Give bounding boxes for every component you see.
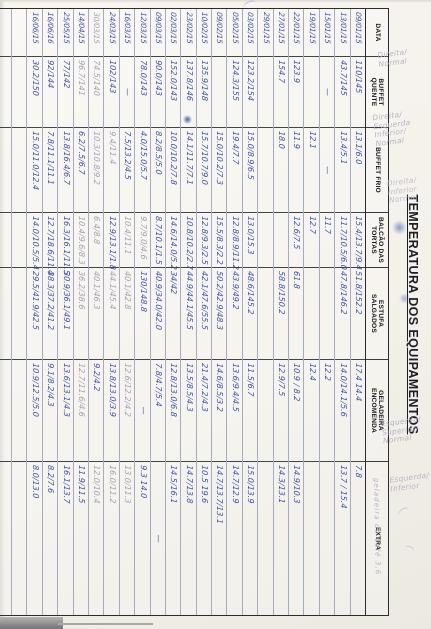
handwritten-value: 12.7	[305, 212, 319, 267]
value-cell: 7.5/13.2/4.5	[120, 127, 134, 212]
value-cell: 90.0/143	[151, 56, 165, 127]
date-cell: 15/01/15	[320, 9, 334, 56]
value-cell: —	[120, 56, 134, 127]
value-cell: 40.1/46.3	[89, 267, 103, 359]
handwritten-value: 152.0/143	[166, 56, 180, 127]
value-cell: 11.7/10.5/6.0	[335, 212, 349, 267]
handwritten-value: 16.3/16.1/11.5	[58, 212, 72, 267]
value-cell: 18.0	[274, 127, 288, 212]
handwritten-value: 27/01/15	[274, 8, 288, 56]
value-cell: 12.8/13.0/6.8	[166, 359, 180, 461]
handwritten-value: 13.4/5.1	[335, 127, 349, 212]
table-row: 25/05/1577/14213.8/16.4/6.716.3/16.1/11.…	[58, 9, 73, 615]
page-title: TEMPERATURA DOS EQUIPAMENTOS	[405, 0, 420, 629]
table-row: 02/03/15152.0/14310.0/10.2/7.814.6/14.0/…	[166, 9, 181, 615]
value-cell: 7.8/11.1/11.1	[43, 127, 57, 212]
handwritten-value: 6.2/7.5/6.7	[74, 127, 88, 212]
margin-note: Direita/Normal	[377, 48, 409, 69]
date-cell: 29/01/15	[258, 9, 272, 56]
handwritten-value: 12.7/11.6/4.6	[74, 359, 88, 461]
handwritten-value: 8.2/7.6	[43, 461, 57, 615]
handwritten-value: 29/01/15	[258, 8, 272, 56]
handwritten-value: 12.2	[320, 359, 334, 461]
value-cell: 130/148.8	[135, 267, 149, 359]
handwritten-value: 8.0/13.0	[28, 461, 42, 615]
handwritten-value: 92/144	[43, 56, 57, 127]
value-cell: 10.4/9.6/8.3	[74, 212, 88, 267]
value-cell: 16.1/13.7	[58, 461, 72, 615]
value-cell: —	[151, 461, 165, 615]
handwritten-value: 48.6/145.2	[243, 267, 257, 359]
value-cell: 135.9/148	[197, 56, 211, 127]
value-cell	[12, 359, 26, 461]
handwritten-value: 135.9/148	[197, 56, 211, 127]
value-cell: 74.5/140	[89, 56, 103, 127]
value-cell: 7.8	[351, 461, 365, 615]
handwritten-value: 16.1/13.7	[58, 461, 72, 615]
handwritten-value: 10.0/10.2/7.8	[166, 127, 180, 212]
value-cell: 9.1/8.2/4.3	[43, 359, 57, 461]
handwritten-value: 14.6/14.0/5.2	[166, 212, 180, 267]
handwritten-value: 16.0/11.2	[105, 461, 119, 615]
table-body: 09/01/15110/14513.1/6.015.4/13.7/9.451.8…	[0, 9, 365, 615]
value-cell	[274, 212, 288, 267]
handwritten-value: 13.6/9.4/4.5	[228, 359, 242, 461]
handwritten-value: 10/02/15	[197, 8, 211, 56]
handwritten-value: 15.5/8.3/2.2	[212, 212, 226, 267]
value-cell: 43.9/49.2	[227, 267, 241, 359]
value-cell: 16.0/11.2	[104, 461, 118, 615]
date-cell: 03/02/15	[243, 9, 257, 56]
ink-smudge	[183, 115, 192, 124]
value-cell: 6.4/8.8	[89, 212, 103, 267]
value-cell: 13.8/13.0/3.9	[104, 359, 118, 461]
table-row: 16/03/15—7.5/13.2/4.510.4/11.140.1/42.81…	[120, 9, 135, 615]
value-cell: 43.7/145	[335, 56, 349, 127]
value-cell: 4.0/15.0/5.7	[135, 127, 149, 212]
date-cell: 22/01/15	[289, 9, 303, 56]
date-cell: 25/05/15	[58, 9, 72, 56]
handwritten-value: 14.3/13.1	[274, 461, 288, 615]
value-cell: 47.8/146.2	[335, 267, 349, 359]
date-cell: 10/02/15	[197, 9, 211, 56]
table-row: 05/02/15124.3/15519.4/7.712.8/8.9/11.243…	[227, 9, 242, 615]
handwritten-value: 05/02/15	[228, 8, 242, 56]
value-cell	[12, 267, 26, 359]
handwritten-value: 11.7/10.5/6.0	[335, 212, 349, 267]
value-cell: 61.8	[289, 267, 303, 359]
handwritten-value: —	[120, 56, 134, 127]
value-cell: 13.7 / 15.4	[335, 461, 349, 615]
value-cell: 152.0/143	[166, 56, 180, 127]
value-cell: 12.6/7.5	[289, 212, 303, 267]
value-cell: —	[320, 127, 334, 212]
margin-note: Direita/InferiorNormal	[387, 176, 420, 205]
value-cell: 16.3/16.1/11.5	[58, 212, 72, 267]
table-row: 27/01/15154.718.058.8/150.212.9/7.514.3/…	[274, 9, 289, 615]
value-cell: 12.8/9.3/2.5	[197, 212, 211, 267]
value-cell: 10.8/10.2/2.7	[181, 212, 195, 267]
handwritten-value: 09/02/15	[212, 8, 226, 56]
handwritten-value: 16/06/16	[43, 8, 57, 56]
value-cell: 13.0/11.3	[120, 461, 134, 615]
table-row: 15/01/15——11.712.2	[320, 9, 335, 615]
date-cell: 14/04/15	[74, 9, 88, 56]
table-row: 10/02/15135.9/14815.7/10.7/9.012.8/9.3/2…	[197, 9, 212, 615]
scan-bottom-shadow-line	[58, 623, 153, 625]
value-cell	[320, 267, 334, 359]
value-cell: 10.4/11.1	[120, 212, 134, 267]
scanned-page: TEMPERATURA DOS EQUIPAMENTOS DATABUFFET …	[0, 0, 431, 629]
date-cell: 05/02/15	[227, 9, 241, 56]
value-cell: 78.0/143	[135, 56, 149, 127]
handwritten-value: 30/03/15	[89, 8, 103, 56]
value-cell: 13.4/5.1	[335, 127, 349, 212]
handwritten-value: 7.8/11.1/11.1	[43, 127, 57, 212]
handwritten-value: 12.1	[305, 127, 319, 212]
value-cell: 9.3 14.0	[135, 461, 149, 615]
handwritten-value: 09/01/15	[351, 8, 365, 56]
value-cell: 12.9/7.5	[274, 359, 288, 461]
value-cell: 12.2	[320, 359, 334, 461]
handwritten-value: —	[135, 359, 149, 461]
value-cell: 10.9 / 8.2	[289, 359, 303, 461]
value-cell	[304, 56, 318, 127]
date-cell: 09/03/15	[151, 9, 165, 56]
value-cell: 8.7/10.1/1.5	[151, 212, 165, 267]
value-cell	[0, 212, 11, 267]
table-row: 09/03/1590.0/1438.2/8.5/5.08.7/10.1/1.54…	[151, 9, 166, 615]
handwritten-value: 110/145	[351, 56, 365, 127]
handwritten-value: —	[320, 56, 334, 127]
value-cell: 14.3/13.1	[274, 461, 288, 615]
handwritten-value: 19/01/15	[305, 8, 319, 56]
handwritten-value: 40.1/46.3	[89, 267, 103, 359]
margin-note: Direita/EsquerdaInferior/Normal	[372, 110, 413, 149]
value-cell: 14.6/8.5/3.2	[212, 359, 226, 461]
value-cell: 12.9/13.1/1.8	[104, 212, 118, 267]
value-cell	[12, 127, 26, 212]
handwritten-value: 123.2/154	[243, 56, 257, 127]
handwritten-value: 10.4/11.1	[120, 212, 134, 267]
handwritten-value: 13/01/15	[335, 8, 349, 56]
handwritten-value: 10.3/10.8/9.2	[89, 127, 103, 212]
date-cell: 16/06/16	[43, 9, 57, 56]
value-cell: 10.3/10.8/9.2	[89, 127, 103, 212]
handwritten-value: 10.5 19.6	[197, 461, 211, 615]
value-cell	[258, 461, 272, 615]
temperature-table: DATABUFFET QUENTEBUFFET FRIOBALCÃO DAS T…	[0, 8, 389, 616]
table-row: 16/06/1530.2/15015.0/11.0/12.414.0/10.5/…	[27, 9, 42, 615]
handwritten-value: 12.6/7.5	[289, 212, 303, 267]
handwritten-value: 23/02/15	[182, 8, 196, 56]
value-cell: 14.0/10.5/5.4	[27, 212, 41, 267]
handwritten-value: 02/03/15	[166, 8, 180, 56]
value-cell: 14.7/13.7/13.1	[212, 461, 226, 615]
handwritten-value: 130/148.8	[135, 267, 149, 359]
value-cell: 123.9	[289, 56, 303, 127]
column-header: BALCÃO DAS TORTAS	[366, 212, 388, 267]
value-cell: 15.0/11.0/12.4	[27, 127, 41, 212]
table-row: 13/01/1543.7/14513.4/5.111.7/10.5/6.047.…	[335, 9, 350, 615]
value-cell	[0, 359, 11, 461]
value-cell	[258, 212, 272, 267]
value-cell: 38.3/37.2/41.2	[43, 267, 57, 359]
value-cell: —	[135, 359, 149, 461]
handwritten-value: 14/04/15	[74, 8, 88, 56]
handwritten-value: 30.9/36.1/49.1	[58, 267, 72, 359]
value-cell: 15.5/8.3/2.2	[212, 212, 226, 267]
value-cell	[320, 461, 334, 615]
value-cell: 15.0/10.2/7.3	[212, 127, 226, 212]
value-cell: 154.7	[274, 56, 288, 127]
handwritten-value: 17.4 14.4	[351, 359, 365, 461]
value-cell: 14.6/14.0/5.2	[166, 212, 180, 267]
value-cell	[304, 267, 318, 359]
handwritten-value: 14.7/13.7/13.1	[212, 461, 226, 615]
value-cell: 30.2/150	[27, 56, 41, 127]
value-cell: 9.7/9.0/4.6	[135, 212, 149, 267]
value-cell: 13.8/16.4/6.7	[58, 127, 72, 212]
table-row: 22/01/15123.911.912.6/7.561.810.9 / 8.21…	[289, 9, 304, 615]
handwritten-value: 15.0/13.9	[243, 461, 257, 615]
value-cell: 9.4/11.4	[104, 127, 118, 212]
value-cell: 12.7/11.6/4.6	[74, 359, 88, 461]
handwritten-value: 43.7/145	[335, 56, 349, 127]
handwritten-value: 12.8/9.3/2.5	[197, 212, 211, 267]
handwritten-value: 9.4/11.4	[105, 127, 119, 212]
handwritten-value: 4.0/15.0/5.7	[135, 127, 149, 212]
value-cell: 15.0/8.9/6.5	[243, 127, 257, 212]
handwritten-value: 12.9/13.1/1.8	[105, 212, 119, 267]
handwritten-value: 10.8/10.2/2.7	[182, 212, 196, 267]
value-cell: 11.9/11.5	[74, 461, 88, 615]
value-cell	[12, 461, 26, 615]
handwritten-value: 10.4/9.6/8.3	[74, 212, 88, 267]
value-cell: 12.1	[304, 127, 318, 212]
value-cell: 40.9/34.0/42.0	[151, 267, 165, 359]
value-cell: 12.0/10.4	[89, 461, 103, 615]
handwritten-value: 10.9/12.5/5.0	[28, 359, 42, 461]
date-cell	[0, 9, 11, 56]
handwritten-value: 96.7/141	[74, 56, 88, 127]
value-cell: —	[320, 56, 334, 127]
column-header: ESTUFA SALGADOS	[366, 267, 388, 359]
handwritten-value: 10.9 / 8.2	[289, 359, 303, 461]
value-cell: 8.0/13.0	[27, 461, 41, 615]
handwritten-value: 9.2/4.2	[89, 359, 103, 461]
handwritten-value: 38.3/37.2/41.2	[43, 267, 57, 359]
handwritten-value: 15.0/8.9/6.5	[243, 127, 257, 212]
handwritten-value: 03/02/15	[243, 8, 257, 56]
handwritten-value: 21.4/7.2/4.3	[197, 359, 211, 461]
ink-smudge	[399, 293, 410, 304]
handwritten-value: 12.0/10.4	[89, 461, 103, 615]
value-cell: 17.4 14.4	[351, 359, 365, 461]
handwritten-value: 13.1/6.0	[351, 127, 365, 212]
value-cell: 44.9/44.1/45.5	[181, 267, 195, 359]
handwritten-value: 40.1/42.8	[120, 267, 134, 359]
handwritten-value: 7.5/13.2/4.5	[120, 127, 134, 212]
value-cell: 34/42	[166, 267, 180, 359]
handwritten-value: 50.2/42.9/48.3	[212, 267, 226, 359]
value-cell: 96.7/141	[74, 56, 88, 127]
handwritten-value: 12.9/7.5	[274, 359, 288, 461]
handwritten-value: 13.6/13.1/4.3	[58, 359, 72, 461]
value-cell: 21.4/7.2/4.3	[197, 359, 211, 461]
value-cell	[12, 212, 26, 267]
date-cell: 19/01/15	[304, 9, 318, 56]
value-cell: 19.4/7.7	[227, 127, 241, 212]
value-cell: 110/145	[351, 56, 365, 127]
handwritten-value: 13.8/16.4/6.7	[58, 127, 72, 212]
value-cell: 58.8/150.2	[274, 267, 288, 359]
date-cell: 13/01/15	[335, 9, 349, 56]
value-cell	[304, 461, 318, 615]
handwritten-value: 29.5/41.9/42.5	[28, 267, 42, 359]
value-cell: 6.2/7.5/6.7	[74, 127, 88, 212]
handwritten-value: 43.9/49.2	[228, 267, 242, 359]
value-cell: 10.5 19.6	[197, 461, 211, 615]
handwritten-value: 7.8/4.7/5.4	[151, 359, 165, 461]
handwritten-value: 61.8	[289, 267, 303, 359]
handwritten-value: 44.1/45.4	[105, 267, 119, 359]
value-cell	[212, 56, 226, 127]
handwritten-value: 16/06/15	[28, 8, 42, 56]
margin-note: Esquerda/Superior/Normal	[381, 416, 424, 446]
value-cell: 15.0/13.9	[243, 461, 257, 615]
handwritten-value: 8.2/8.5/5.0	[151, 127, 165, 212]
handwritten-value: 6.4/8.8	[89, 212, 103, 267]
table-row: 19/01/1512.112.712.4	[304, 9, 319, 615]
value-cell: 13.6/13.1/4.3	[58, 359, 72, 461]
value-cell: 40.1/42.8	[120, 267, 134, 359]
value-cell	[0, 127, 11, 212]
handwritten-value: 13.5/8.5/4.3	[182, 359, 196, 461]
date-cell: 09/01/15	[351, 9, 365, 56]
value-cell: 9.2/4.2	[89, 359, 103, 461]
handwritten-value: 15/01/15	[320, 8, 334, 56]
handwritten-value: 9.7/9.0/4.6	[135, 212, 149, 267]
value-cell: 12.4	[304, 359, 318, 461]
handwritten-value: 14.7/12.9	[228, 461, 242, 615]
value-cell: 77/142	[58, 56, 72, 127]
handwritten-value: 74.5/140	[89, 56, 103, 127]
value-cell	[258, 56, 272, 127]
value-cell: 102/143	[104, 56, 118, 127]
value-cell: 14.7/12.9	[227, 461, 241, 615]
handwritten-value: 154.7	[274, 56, 288, 127]
table-row	[0, 9, 12, 615]
value-cell: 10.0/10.2/7.8	[166, 127, 180, 212]
handwritten-value: 34/42	[166, 267, 180, 359]
handwritten-value: 36.2/38.6	[74, 267, 88, 359]
value-cell	[258, 267, 272, 359]
handwritten-value: 11.7	[320, 212, 334, 267]
value-cell: 14.9/10.3	[289, 461, 303, 615]
value-cell: 12.7/18.6/11.4	[43, 212, 57, 267]
value-cell	[258, 127, 272, 212]
value-cell: 14.0/14.1/5.6	[335, 359, 349, 461]
scan-bottom-shadow	[0, 617, 63, 629]
handwritten-value: 12.8/13.0/6.8	[166, 359, 180, 461]
handwritten-value: 58.8/150.2	[274, 267, 288, 359]
value-cell	[0, 267, 11, 359]
handwritten-value: 90.0/143	[151, 56, 165, 127]
handwritten-value: 14.1/11.7/7.1	[182, 127, 196, 212]
handwritten-value: 19.4/7.7	[228, 127, 242, 212]
handwritten-value: 11.5/6.7	[243, 359, 257, 461]
handwritten-value: 25/05/15	[58, 8, 72, 56]
handwritten-value: 9.1/8.2/4.3	[43, 359, 57, 461]
handwritten-value: 15.4/13.7/9.4	[351, 212, 365, 267]
handwritten-value: 13.0/11.3	[120, 461, 134, 615]
date-cell: 16/06/15	[27, 9, 41, 56]
pencil-note-extra: geladeira do café 3,6	[372, 478, 382, 575]
handwritten-value: 18.0	[274, 127, 288, 212]
handwritten-value: 77/142	[58, 56, 72, 127]
value-cell: 8.2/8.5/5.0	[151, 127, 165, 212]
handwritten-value: 12.6/12.2/4.2	[120, 359, 134, 461]
handwritten-value: 14.5/16.1	[166, 461, 180, 615]
table-row: 16/06/1692/1447.8/11.1/11.112.7/18.6/11.…	[43, 9, 58, 615]
handwritten-value: 44.9/44.1/45.5	[182, 267, 196, 359]
value-cell: 48.6/145.2	[243, 267, 257, 359]
value-cell: 42.1/47.6/55.5	[197, 267, 211, 359]
value-cell: 124.3/155	[227, 56, 241, 127]
value-cell	[258, 359, 272, 461]
table-row: 03/02/15123.2/15415.0/8.9/6.513.0/15.348…	[243, 9, 258, 615]
handwritten-value: 14.0/10.5/5.4	[28, 212, 42, 267]
date-cell: 23/02/15	[181, 9, 195, 56]
value-cell: 12.7	[304, 212, 318, 267]
handwritten-value: 15.7/10.7/9.0	[197, 127, 211, 212]
value-cell: 11.7	[320, 212, 334, 267]
handwritten-value: 11.9	[289, 127, 303, 212]
date-cell	[12, 9, 26, 56]
handwritten-value: 12/03/15	[135, 8, 149, 56]
handwritten-value: 102/143	[105, 56, 119, 127]
handwritten-value: 8.7/10.1/1.5	[151, 212, 165, 267]
handwritten-value: 12.4	[305, 359, 319, 461]
table-row: 29/01/15	[258, 9, 273, 615]
handwritten-value: 14.7/13.8	[182, 461, 196, 615]
value-cell: 11.5/6.7	[243, 359, 257, 461]
value-cell: 15.4/13.7/9.4	[351, 212, 365, 267]
table-row: 23/02/15137.8/14614.1/11.7/7.110.8/10.2/…	[181, 9, 196, 615]
table-row: 09/01/15110/14513.1/6.015.4/13.7/9.451.8…	[351, 9, 365, 615]
handwritten-value: 11.9/11.5	[74, 461, 88, 615]
value-cell: 29.5/41.9/42.5	[27, 267, 41, 359]
value-cell: 13.6/9.4/4.5	[227, 359, 241, 461]
value-cell: 30.9/36.1/49.1	[58, 267, 72, 359]
date-cell: 12/03/15	[135, 9, 149, 56]
handwritten-value: 124.3/155	[228, 56, 242, 127]
value-cell: 15.7/10.7/9.0	[197, 127, 211, 212]
handwritten-value: —	[151, 461, 165, 615]
date-cell: 30/03/15	[89, 9, 103, 56]
value-cell: 14.5/16.1	[166, 461, 180, 615]
handwritten-value: 51.8/152.2	[351, 267, 365, 359]
handwritten-value: 15.0/11.0/12.4	[28, 127, 42, 212]
handwritten-value: 13.8/13.0/3.9	[105, 359, 119, 461]
rotated-sheet: TEMPERATURA DOS EQUIPAMENTOS DATABUFFET …	[0, 0, 431, 629]
handwritten-value: 12.8/8.9/11.2	[228, 212, 242, 267]
table-row	[12, 9, 27, 615]
handwritten-value: 09/03/15	[151, 8, 165, 56]
value-cell	[0, 56, 11, 127]
handwritten-value: 40.9/34.0/42.0	[151, 267, 165, 359]
